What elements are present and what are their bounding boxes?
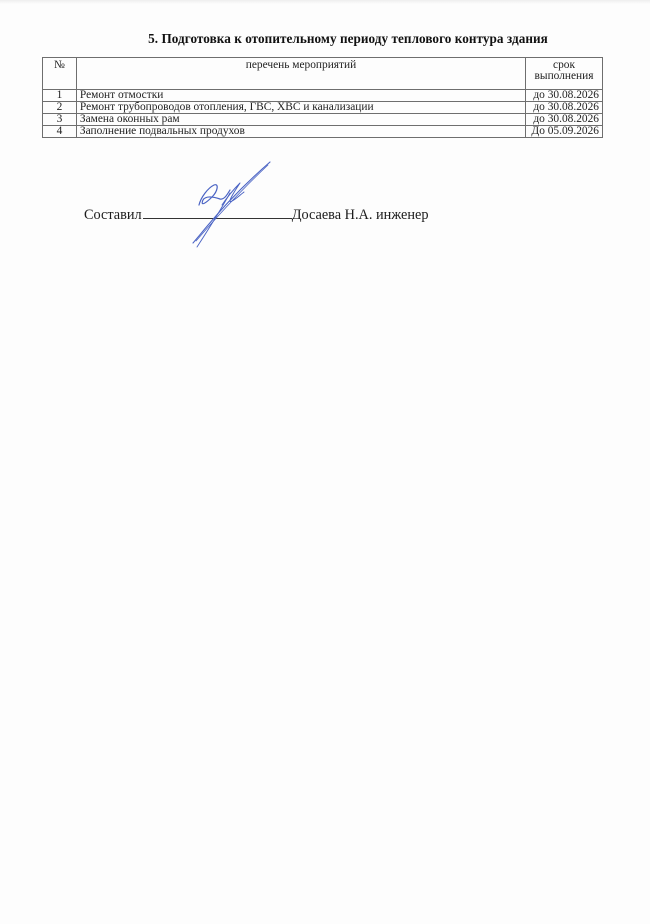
header-number: № (43, 58, 77, 90)
signer-name: Досаева Н.А. инженер (292, 207, 429, 224)
measures-table: № перечень мероприятий срок выполнения 1… (42, 57, 603, 138)
section-title: 5. Подготовка к отопительному периоду те… (0, 31, 650, 47)
compiled-by-label: Составил (84, 207, 142, 224)
row-description: Ремонт трубопроводов отопления, ГВС, ХВС… (76, 102, 525, 114)
header-description: перечень мероприятий (76, 58, 525, 90)
row-deadline: До 05.09.2026 (526, 126, 603, 138)
row-description: Заполнение подвальных продухов (76, 126, 525, 138)
table-row: 4 Заполнение подвальных продухов До 05.0… (43, 126, 603, 138)
signature-underline (143, 205, 292, 219)
row-description: Замена оконных рам (76, 114, 525, 126)
table-row: 2 Ремонт трубопроводов отопления, ГВС, Х… (43, 102, 603, 114)
signature-block: СоставилДосаева Н.А. инженер (84, 205, 429, 224)
row-number: 2 (43, 102, 77, 114)
row-number: 4 (43, 126, 77, 138)
row-number: 1 (43, 90, 77, 102)
row-deadline: до 30.08.2026 (526, 114, 603, 126)
document-page: 5. Подготовка к отопительному периоду те… (0, 0, 650, 924)
scan-edge-shadow (0, 0, 650, 4)
row-deadline: до 30.08.2026 (526, 90, 603, 102)
row-description: Ремонт отмостки (76, 90, 525, 102)
header-deadline-line2: выполнения (535, 70, 594, 82)
row-number: 3 (43, 114, 77, 126)
table-row: 1 Ремонт отмостки до 30.08.2026 (43, 90, 603, 102)
header-deadline: срок выполнения (526, 58, 603, 90)
table-row: 3 Замена оконных рам до 30.08.2026 (43, 114, 603, 126)
row-deadline: до 30.08.2026 (526, 102, 603, 114)
table-header-row: № перечень мероприятий срок выполнения (43, 58, 603, 90)
